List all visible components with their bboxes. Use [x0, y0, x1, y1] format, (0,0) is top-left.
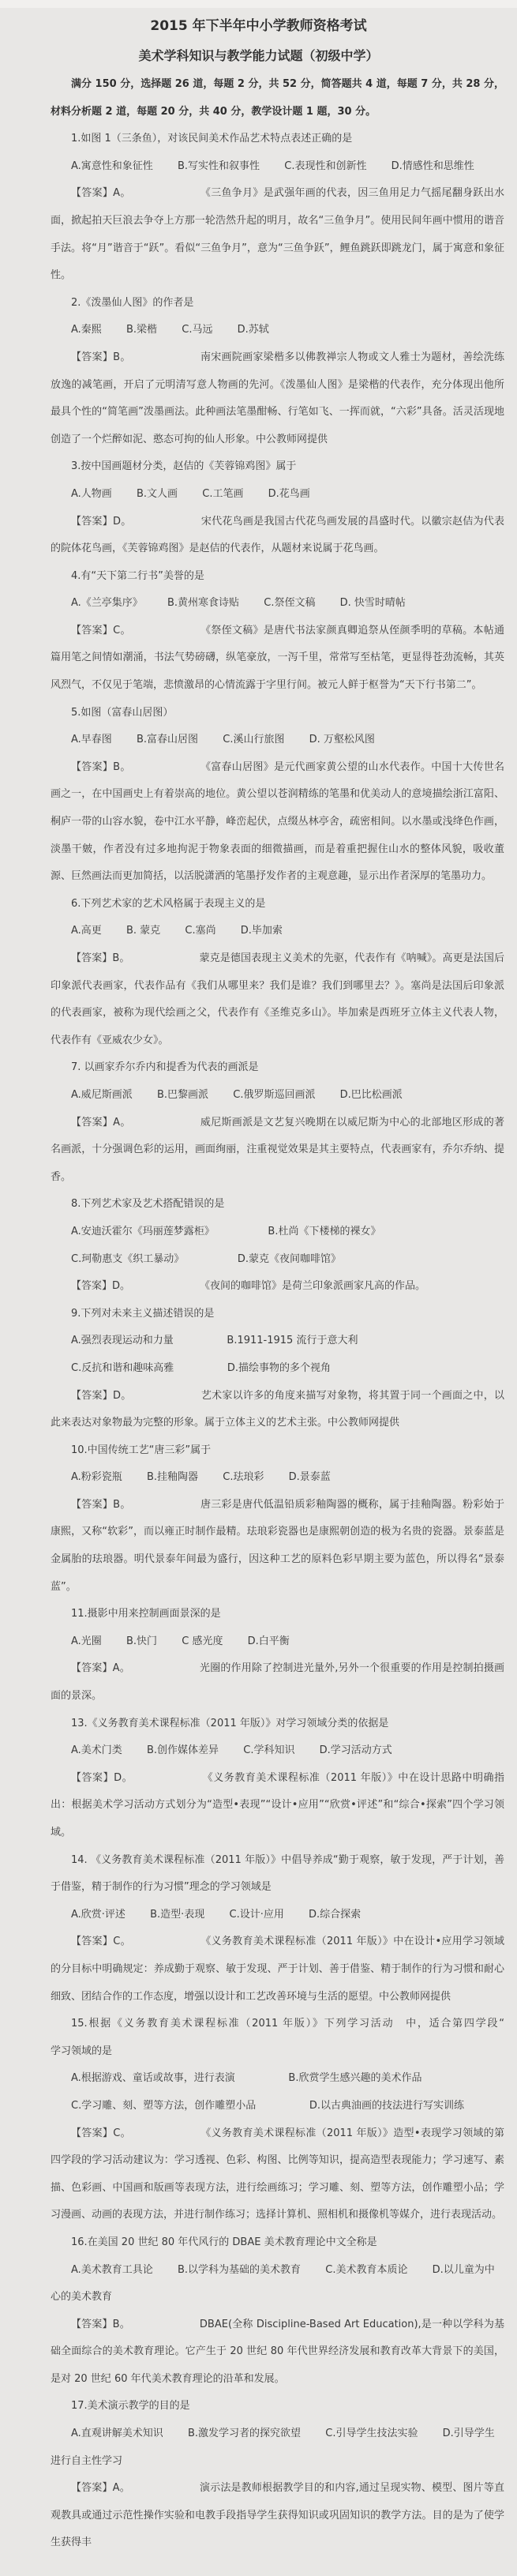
option-row: A.威尼斯画派B.巴黎画派C.俄罗斯巡回画派D.巴比松画派 — [51, 1082, 504, 1110]
option: C.俄罗斯巡回画派 — [233, 1089, 315, 1101]
answer-label: 【答案】C。 — [71, 625, 131, 636]
option: C.引导学生技法实验 — [325, 2428, 418, 2439]
option: D.蒙克《夜间咖啡馆》 — [238, 1253, 341, 1265]
option: A.光圈 — [71, 1635, 102, 1647]
option: A.强烈表现运动和力量 — [71, 1335, 174, 1346]
option-rows: A.高更B. 蒙克C.塞尚D.毕加索 — [0, 918, 517, 945]
answer-explanation: 《夜间的咖啡馆》是荷兰印象派画家凡高的作品。 — [200, 1280, 425, 1292]
option-row: A.直观讲解美术知识B.激发学习者的探究欲望C.引导学生技法实验D.引导学生进行… — [51, 2420, 504, 2475]
option-row: A.秦熙B.梁楷C.马远D.苏轼 — [51, 317, 504, 344]
question-stem: 8.下列艺术家及艺术搭配错误的是 — [51, 1191, 504, 1219]
option: A.《兰亭集序》 — [71, 597, 143, 609]
question-stem: 4.有“天下第二行书”美誉的是 — [51, 563, 504, 591]
option: D.毕加索 — [241, 925, 283, 937]
option-rows: A.美术教育工具论B.以学科为基础的美术教育C.美术教育本质论D.以儿童为中心的… — [0, 2257, 517, 2311]
option-rows: A.《兰亭集序》B.黄州寒食诗贴C.祭侄文稿D. 快雪时晴帖 — [0, 590, 517, 618]
option: D. 快雪时晴帖 — [340, 597, 406, 609]
answer-label: 【答案】B。 — [71, 1499, 131, 1511]
answer-label: 【答案】D。 — [71, 1390, 132, 1402]
option: C.珐琅彩 — [223, 1471, 264, 1483]
option-rows: A.美术门类B.创作媒体差异C.学科知识D.学习活动方式 — [0, 1737, 517, 1765]
option-row: A.粉彩瓷瓶B.挂釉陶器C.珐琅彩D.景泰蓝 — [51, 1464, 504, 1492]
question-block: 3.按中国画题材分类，赵佶的《芙蓉锦鸡图》属于 A.人物画B.文人画C.工笔画D… — [0, 453, 517, 562]
option: C.美术教育本质论 — [325, 2264, 407, 2276]
option-row: A.光圈B.快门C 感光度D.白平衡 — [51, 1628, 504, 1656]
answer-paragraph: 【答案】B。《富春山居图》是元代画家黄公望的山水代表作。中国十大传世名画之一，在… — [51, 754, 504, 891]
option: B.创作媒体差异 — [147, 1744, 219, 1756]
option-rows: A.安迪沃霍尔《玛丽莲梦露柜》B.杜尚《下楼梯的裸女》C.珂勒惠支《织工暴动》D… — [0, 1219, 517, 1273]
option: A.粉彩瓷瓶 — [71, 1471, 122, 1483]
option: C.反抗和谐和趣味高雅 — [71, 1362, 174, 1374]
option: D.景泰蓝 — [289, 1471, 331, 1483]
question-block: 7. 以画家乔尔乔内和提香为代表的画派是 A.威尼斯画派B.巴黎画派C.俄罗斯巡… — [0, 1054, 517, 1191]
questions-list: 1.如图 1（三条鱼），对该民间美术作品艺术特点表述正确的是 A.寓意性和象征性… — [0, 126, 517, 2557]
option: B.挂釉陶器 — [147, 1471, 198, 1483]
option-row: A.寓意性和象征性B.写实性和叙事性C.表现性和创新性D.情感性和思维性 — [51, 153, 504, 181]
question-stem: 15.根据《义务教育美术课程标准（2011 年版）》下列学习活动 中，适合第四学… — [51, 2011, 504, 2065]
option: D.白平衡 — [248, 1635, 290, 1647]
question-stem: 13.《义务教育美术课程标准（2011 年版）》对学习领域分类的依据是 — [51, 1710, 504, 1738]
option: C.表现性和创新性 — [284, 160, 366, 172]
question-block: 5.如图（富春山居图） A.早春图B.富春山居图C.溪山行旅图D. 万壑松风图 … — [0, 700, 517, 891]
answer-label: 【答案】D。 — [71, 1280, 130, 1292]
answer-label: 【答案】A。 — [71, 1662, 130, 1674]
question-stem: 17.美术演示教学的目的是 — [51, 2393, 504, 2420]
exam-document: 2015 年下半年中小学教师资格考试 美术学科知识与教学能力试题（初级中学） 满… — [0, 8, 517, 2576]
question-block: 9.下列对未来主义描述错误的是 A.强烈表现运动和力量B.1911-1915 流… — [0, 1301, 517, 1437]
question-block: 4.有“天下第二行书”美誉的是 A.《兰亭集序》B.黄州寒食诗贴C.祭侄文稿D.… — [0, 563, 517, 700]
question-stem: 10.中国传统工艺“唐三彩”属于 — [51, 1437, 504, 1465]
option: A.直观讲解美术知识 — [71, 2428, 163, 2439]
option-row: C.学习雕、刻、塑等方法，创作雕塑小品D.以古典油画的技法进行写实训练 — [51, 2093, 504, 2120]
question-stem: 9.下列对未来主义描述错误的是 — [51, 1301, 504, 1328]
option: D.花鸟画 — [268, 488, 310, 500]
option: D.以古典油画的技法进行写实训练 — [309, 2100, 464, 2112]
answer-explanation: 唐三彩是唐代低温铅质彩釉陶器的概称，属于挂釉陶器。粉彩始于康熙，又称“软彩”，而… — [51, 1499, 504, 1593]
answer-paragraph: 【答案】D。艺术家以许多的角度来描写对象物，将其置于同一个画面之中，以此来表达对… — [51, 1383, 504, 1437]
option: A.寓意性和象征性 — [71, 160, 153, 172]
option-row: A.安迪沃霍尔《玛丽莲梦露柜》B.杜尚《下楼梯的裸女》 — [51, 1219, 504, 1246]
question-stem: 11.摄影中用来控制画面景深的是 — [51, 1601, 504, 1628]
exam-document-page: { "page": { "bg_color": "#e8e7e5", "text… — [0, 0, 517, 2576]
option: B.造型·表现 — [150, 1909, 204, 1921]
question-block: 10.中国传统工艺“唐三彩”属于 A.粉彩瓷瓶B.挂釉陶器C.珐琅彩D.景泰蓝 … — [0, 1437, 517, 1602]
answer-paragraph: 【答案】A。演示法是教师根据教学目的和内容,通过呈现实物、模型、图片等直观教具或… — [51, 2475, 504, 2557]
option: D.描绘事物的多个视角 — [227, 1362, 331, 1374]
option: B.梁楷 — [126, 324, 157, 336]
answer-paragraph: 【答案】C。《义务教育美术课程标准（2011 年版）》中在设计•应用学习领域的分… — [51, 1928, 504, 2011]
option-row: C.珂勒惠支《织工暴动》D.蒙克《夜间咖啡馆》 — [51, 1246, 504, 1274]
answer-label: 【答案】C。 — [71, 1936, 131, 1947]
option: C.学科知识 — [243, 1744, 294, 1756]
option: C 感光度 — [182, 1635, 223, 1647]
answer-label: 【答案】B。 — [71, 952, 130, 964]
question-stem: 16.在美国 20 世纪 80 年代风行的 DBAE 美术教育理论中文全称是 — [51, 2229, 504, 2257]
option: B.写实性和叙事性 — [178, 160, 260, 172]
question-stem: 3.按中国画题材分类，赵佶的《芙蓉锦鸡图》属于 — [51, 453, 504, 481]
answer-label: 【答案】A。 — [71, 2482, 130, 2494]
answer-paragraph: 【答案】B。蒙克是德国表现主义美术的先驱，代表作有《呐喊》。高更是法国后印象派代… — [51, 945, 504, 1054]
option: A.早春图 — [71, 734, 112, 745]
option: C.祭侄文稿 — [264, 597, 315, 609]
option: D.综合探索 — [309, 1909, 361, 1921]
option: C.塞尚 — [185, 925, 215, 937]
question-stem: 2.《泼墨仙人图》的作者是 — [51, 290, 504, 317]
answer-explanation: 《富春山居图》是元代画家黄公望的山水代表作。中国十大传世名画之一，在中国画史上有… — [51, 761, 504, 882]
answer-explanation: 南宋画院画家梁楷多以佛教禅宗人物或文人雅士为题材，善绘洗练放逸的减笔画，开启了元… — [51, 351, 504, 445]
answer-paragraph: 【答案】D。宋代花鸟画是我国古代花鸟画发展的昌盛时代。以徽宗赵佶为代表的院体花鸟… — [51, 509, 504, 563]
question-block: 13.《义务教育美术课程标准（2011 年版）》对学习领域分类的依据是 A.美术… — [0, 1710, 517, 1847]
answer-paragraph: 【答案】A。《三鱼争月》是武强年画的代表，因三鱼用足力气摇尾翻身跃出水面，掀起拍… — [51, 180, 504, 289]
option: A.秦熙 — [71, 324, 102, 336]
option-rows: A.直观讲解美术知识B.激发学习者的探究欲望C.引导学生技法实验D.引导学生进行… — [0, 2420, 517, 2475]
option: B.巴黎画派 — [157, 1089, 208, 1101]
option: C.设计·应用 — [230, 1909, 284, 1921]
question-block: 17.美术演示教学的目的是 A.直观讲解美术知识B.激发学习者的探究欲望C.引导… — [0, 2393, 517, 2557]
question-block: 14. 《义务教育美术课程标准（2011 年版）》中倡导养成“勤于观察，敏于发现… — [0, 1847, 517, 2011]
answer-paragraph: 【答案】D。《义务教育美术课程标准（2011 年版）》中在设计思路中明确指出：根… — [51, 1765, 504, 1847]
answer-label: 【答案】A。 — [71, 1117, 131, 1128]
answer-paragraph: 【答案】D。《夜间的咖啡馆》是荷兰印象派画家凡高的作品。 — [51, 1273, 504, 1301]
option: A.高更 — [71, 925, 102, 937]
option-rows: A.粉彩瓷瓶B.挂釉陶器C.珐琅彩D.景泰蓝 — [0, 1464, 517, 1492]
option: B.快门 — [126, 1635, 157, 1647]
answer-label: 【答案】A。 — [71, 187, 131, 199]
option: C.工笔画 — [202, 488, 243, 500]
question-block: 15.根据《义务教育美术课程标准（2011 年版）》下列学习活动 中，适合第四学… — [0, 2011, 517, 2229]
option: B.1911-1915 流行于意大利 — [227, 1335, 358, 1346]
question-block: 6.下列艺术家的艺术风格属于表现主义的是 A.高更B. 蒙克C.塞尚D.毕加索 … — [0, 891, 517, 1055]
option-row: A.《兰亭集序》B.黄州寒食诗贴C.祭侄文稿D. 快雪时晴帖 — [51, 590, 504, 618]
option-row: A.早春图B.富春山居图C.溪山行旅图D. 万壑松风图 — [51, 727, 504, 754]
option-rows: A.威尼斯画派B.巴黎画派C.俄罗斯巡回画派D.巴比松画派 — [0, 1082, 517, 1110]
option: C.溪山行旅图 — [223, 734, 284, 745]
question-stem: 5.如图（富春山居图） — [51, 700, 504, 727]
option: C.马远 — [182, 324, 212, 336]
option: B.富春山居图 — [137, 734, 198, 745]
answer-label: 【答案】B。 — [71, 351, 131, 363]
answer-paragraph: 【答案】C。《祭侄文稿》是唐代书法家颜真卿追祭从侄颜季明的草稿。本帖通篇用笔之间… — [51, 618, 504, 700]
option: B.文人画 — [137, 488, 178, 500]
exam-header: 2015 年下半年中小学教师资格考试 美术学科知识与教学能力试题（初级中学） — [0, 11, 517, 71]
answer-paragraph: 【答案】B。DBAE(全称 Discipline-Based Art Educa… — [51, 2311, 504, 2394]
option: C.珂勒惠支《织工暴动》 — [71, 1253, 184, 1265]
option-row: A.美术门类B.创作媒体差异C.学科知识D.学习活动方式 — [51, 1737, 504, 1765]
option: A.美术教育工具论 — [71, 2264, 153, 2276]
option: A.威尼斯画派 — [71, 1089, 133, 1101]
answer-label: 【答案】B。 — [71, 2319, 130, 2330]
question-stem: 7. 以画家乔尔乔内和提香为代表的画派是 — [51, 1054, 504, 1082]
option: C.学习雕、刻、塑等方法，创作雕塑小品 — [71, 2100, 256, 2112]
question-stem: 14. 《义务教育美术课程标准（2011 年版）》中倡导养成“勤于观察，敏于发现… — [51, 1847, 504, 1902]
question-stem: 1.如图 1（三条鱼），对该民间美术作品艺术特点表述正确的是 — [51, 126, 504, 153]
answer-paragraph: 【答案】C。《义务教育美术课程标准（2011 年版）》造型•表现学习领域的第四学… — [51, 2120, 504, 2229]
answer-label: 【答案】D。 — [71, 1772, 133, 1784]
option: B. 蒙克 — [126, 925, 160, 937]
question-block: 11.摄影中用来控制画面景深的是 A.光圈B.快门C 感光度D.白平衡 【答案】… — [0, 1601, 517, 1710]
question-block: 2.《泼墨仙人图》的作者是 A.秦熙B.梁楷C.马远D.苏轼 【答案】B。南宋画… — [0, 290, 517, 454]
answer-explanation: 《义务教育美术课程标准（2011 年版）》造型•表现学习领域的第四学段的学习活动… — [51, 2127, 504, 2221]
answer-label: 【答案】D。 — [71, 516, 132, 528]
option-rows: A.人物画B.文人画C.工笔画D.花鸟画 — [0, 481, 517, 509]
question-stem: 6.下列艺术家的艺术风格属于表现主义的是 — [51, 891, 504, 918]
option: B.以学科为基础的美术教育 — [178, 2264, 301, 2276]
option: B.欣赏学生感兴趣的美术作品 — [288, 2072, 421, 2084]
option-row: A.强烈表现运动和力量B.1911-1915 流行于意大利 — [51, 1327, 504, 1355]
option-row: A.根据游戏、童话或故事，进行表演B.欣赏学生感兴趣的美术作品 — [51, 2065, 504, 2093]
option: D.巴比松画派 — [340, 1089, 403, 1101]
question-block: 8.下列艺术家及艺术搭配错误的是 A.安迪沃霍尔《玛丽莲梦露柜》B.杜尚《下楼梯… — [0, 1191, 517, 1300]
answer-explanation: 蒙克是德国表现主义美术的先驱，代表作有《呐喊》。高更是法国后印象派代表画家，代表… — [51, 952, 504, 1046]
exam-summary: 满分 150 分，选择题 26 道，每题 2 分，共 52 分，简答题共 4 道… — [51, 71, 504, 126]
answer-paragraph: 【答案】B。唐三彩是唐代低温铅质彩釉陶器的概称，属于挂釉陶器。粉彩始于康熙，又称… — [51, 1492, 504, 1601]
option-rows: A.寓意性和象征性B.写实性和叙事性C.表现性和创新性D.情感性和思维性 — [0, 153, 517, 181]
option: D.情感性和思维性 — [391, 160, 474, 172]
option: B.黄州寒食诗贴 — [167, 597, 239, 609]
option: A.安迪沃霍尔《玛丽莲梦露柜》 — [71, 1226, 215, 1237]
option-row: A.高更B. 蒙克C.塞尚D.毕加索 — [51, 918, 504, 945]
option-rows: A.早春图B.富春山居图C.溪山行旅图D. 万壑松风图 — [0, 727, 517, 754]
option-row: C.反抗和谐和趣味高雅D.描绘事物的多个视角 — [51, 1355, 504, 1383]
answer-paragraph: 【答案】A。光圈的作用除了控制进光量外,另外一个很重要的作用是控制拍摄画面的景深… — [51, 1655, 504, 1710]
option: A.根据游戏、童话或故事，进行表演 — [71, 2072, 235, 2084]
option: A.人物画 — [71, 488, 112, 500]
option-rows: A.强烈表现运动和力量B.1911-1915 流行于意大利C.反抗和谐和趣味高雅… — [0, 1327, 517, 1382]
page-top-edge — [0, 0, 517, 8]
question-block: 1.如图 1（三条鱼），对该民间美术作品艺术特点表述正确的是 A.寓意性和象征性… — [0, 126, 517, 290]
option: D.苏轼 — [238, 324, 269, 336]
option-rows: A.根据游戏、童话或故事，进行表演B.欣赏学生感兴趣的美术作品C.学习雕、刻、塑… — [0, 2065, 517, 2120]
option-row: A.人物画B.文人画C.工笔画D.花鸟画 — [51, 481, 504, 509]
option-rows: A.秦熙B.梁楷C.马远D.苏轼 — [0, 317, 517, 344]
exam-subtitle: 美术学科知识与教学能力试题（初级中学） — [0, 41, 517, 71]
option: D. 万壑松风图 — [309, 734, 375, 745]
question-block: 16.在美国 20 世纪 80 年代风行的 DBAE 美术教育理论中文全称是 A… — [0, 2229, 517, 2394]
option: A.美术门类 — [71, 1744, 122, 1756]
option: B.激发学习者的探究欲望 — [188, 2428, 301, 2439]
option: A.欣赏·评述 — [71, 1909, 126, 1921]
exam-title: 2015 年下半年中小学教师资格考试 — [0, 11, 517, 41]
option-rows: A.光圈B.快门C 感光度D.白平衡 — [0, 1628, 517, 1656]
answer-paragraph: 【答案】A。威尼斯画派是文艺复兴晚期在以威尼斯为中心的北部地区形成的著名画派，十… — [51, 1110, 504, 1192]
answer-explanation: 《三鱼争月》是武强年画的代表，因三鱼用足力气摇尾翻身跃出水面，掀起拍天巨浪去争夺… — [51, 187, 504, 281]
answer-label: 【答案】B。 — [71, 761, 131, 773]
option: D.学习活动方式 — [320, 1744, 392, 1756]
option-row: A.欣赏·评述B.造型·表现C.设计·应用D.综合探索 — [51, 1902, 504, 1929]
option: B.杜尚《下楼梯的裸女》 — [268, 1226, 380, 1237]
answer-label: 【答案】C。 — [71, 2127, 131, 2139]
option-row: A.美术教育工具论B.以学科为基础的美术教育C.美术教育本质论D.以儿童为中心的… — [51, 2257, 504, 2311]
option-rows: A.欣赏·评述B.造型·表现C.设计·应用D.综合探索 — [0, 1902, 517, 1929]
answer-paragraph: 【答案】B。南宋画院画家梁楷多以佛教禅宗人物或文人雅士为题材，善绘洗练放逸的减笔… — [51, 344, 504, 453]
